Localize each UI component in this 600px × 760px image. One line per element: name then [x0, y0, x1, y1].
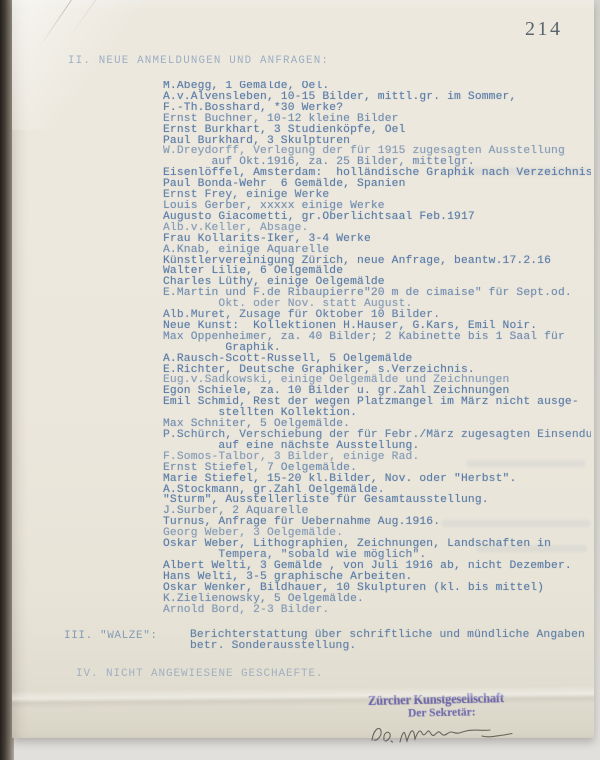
bottom-crease [12, 685, 594, 708]
walze-text-line: betr. Sonderausstellung. [190, 641, 585, 652]
entry-list: M.Abegg, 1 Gemälde, Oel.A.v.Alvensleben,… [163, 81, 591, 616]
signature-handwriting [364, 714, 519, 754]
entry-line: Frau Kollarits-Iker, 3-4 Werke [163, 234, 591, 245]
ghost-text-smudge [467, 460, 585, 467]
entry-line: Arnold Bord, 2-3 Bilder. [163, 605, 591, 616]
entry-line: K.Zielienowsky, 5 Oelgemälde. [163, 594, 591, 605]
entry-line: Oskar Wenker, Bildhauer, 10 Skulpturen (… [163, 583, 591, 594]
entry-line: A.Rausch-Scott-Russell, 5 Oelgemälde [163, 354, 591, 365]
ghost-text-smudge [452, 168, 587, 175]
ghost-text-smudge [477, 545, 587, 552]
entry-line: Marie Stiefel, 15-20 kl.Bilder, Nov. ode… [163, 474, 591, 485]
entry-line: A.Knab, einige Aquarelle [163, 245, 591, 256]
section-heading-ii: II. NEUE ANMELDUNGEN UND ANFRAGEN: [68, 55, 329, 67]
entry-line: Ernst Buchner, 10-12 kleine Bilder [163, 114, 591, 125]
walze-text: Berichterstattung über schriftliche und … [190, 630, 585, 652]
section-label-iv: IV. NICHT ANGEWIESENE GESCHAEFTE. [76, 668, 324, 680]
paper-sheet: 214 II. NEUE ANMELDUNGEN UND ANFRAGEN: M… [12, 0, 594, 738]
document-scan: 214 II. NEUE ANMELDUNGEN UND ANFRAGEN: M… [0, 0, 600, 760]
ghost-text-smudge [442, 520, 590, 527]
page-number: 214 [525, 18, 563, 41]
entry-line: Ernst Burkhart, 3 Studienköpfe, Oel [163, 125, 591, 136]
section-label-iii: III. "WALZE": [64, 630, 158, 642]
